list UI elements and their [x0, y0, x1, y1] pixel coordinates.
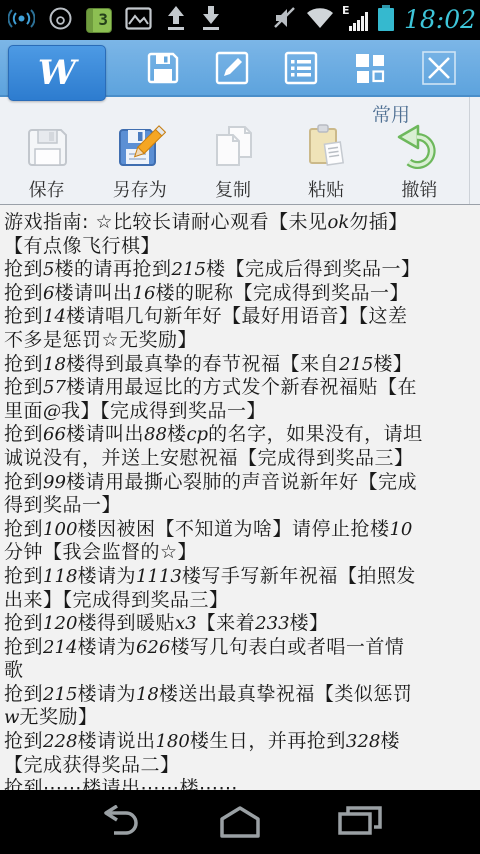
doc-line: 抢到18楼得到最真挚的春节祝福【来自215楼】: [4, 353, 478, 377]
save-button-label: 保存: [2, 176, 92, 202]
list-icon[interactable]: [281, 48, 321, 88]
saveas-floppy-pencil-icon: [95, 121, 185, 173]
upload-icon: [165, 5, 187, 35]
ribbon-divider: [469, 97, 470, 204]
ribbon-panel: 常用 保存: [0, 97, 480, 205]
doc-line: 抢到99楼请用最撕心裂肺的声音说新年好【完成: [4, 471, 478, 495]
grid-icon[interactable]: [350, 48, 390, 88]
doc-line: w无奖励】: [4, 706, 478, 730]
doc-line: 抢到5楼的请再抢到215楼【完成后得到奖品一】: [4, 258, 478, 282]
doc-line: 歌: [4, 659, 478, 683]
copy-button[interactable]: 复制: [188, 121, 278, 202]
doc-line: 不多是惩罚☆无奖励】: [4, 329, 478, 353]
doc-line: 分钟【我会监督的☆】: [4, 541, 478, 565]
mute-icon: [272, 5, 298, 35]
doc-line: 抢到14楼请唱几句新年好【最好用语音】【这差: [4, 305, 478, 329]
android-nav-bar: [0, 790, 480, 854]
download-icon: [200, 5, 222, 35]
doc-line: 抢到228楼请说出180楼生日，并再抢到328楼: [4, 730, 478, 754]
doc-line: 游戏指南: ☆比较长请耐心观看【未见ok勿插】: [4, 211, 478, 235]
doc-line: 诚说没有，并送上安慰祝福【完成得到奖品三】: [4, 447, 478, 471]
signal-E-icon: E: [342, 4, 370, 36]
doc-line: 抢到215楼请为18楼送出最真挚祝福【类似惩罚: [4, 683, 478, 707]
recents-icon[interactable]: [334, 805, 386, 839]
undo-button-label: 撤销: [374, 176, 464, 202]
save-icon[interactable]: [143, 48, 183, 88]
writer-app-button[interactable]: W: [8, 45, 106, 101]
status-clock: 18:02: [404, 0, 476, 40]
battery-icon: [377, 4, 395, 36]
doc-line: 抢到66楼请叫出88楼cp的名字，如果没有，请坦: [4, 423, 478, 447]
widget-badge-3: 3: [86, 8, 112, 33]
save-button[interactable]: 保存: [2, 121, 92, 202]
doc-line: 抢到57楼请用最逗比的方式发个新春祝福贴【在: [4, 376, 478, 400]
save-floppy-icon: [2, 121, 92, 173]
copy-pages-icon: [188, 121, 278, 173]
back-icon[interactable]: [94, 805, 146, 839]
doc-line-clipped: 抢到⋯⋯楼请出⋯⋯楼⋯⋯: [4, 777, 478, 790]
document-canvas[interactable]: 游戏指南: ☆比较长请耐心观看【未见ok勿插】【有点像飞行棋】抢到5楼的请再抢到…: [0, 205, 480, 790]
gallery-icon: [125, 7, 152, 34]
svg-text:E: E: [342, 4, 350, 17]
doc-line: 【有点像飞行棋】: [4, 235, 478, 259]
wifi-icon: [305, 6, 335, 34]
edit-icon[interactable]: [212, 48, 252, 88]
hotspot-icon: [8, 5, 35, 35]
doc-line: 得到奖品一】: [4, 494, 478, 518]
doc-line: 抢到120楼得到暖贴x3【来着233楼】: [4, 612, 478, 636]
doc-line: 出来】【完成得到奖品三】: [4, 589, 478, 613]
close-icon[interactable]: [419, 48, 459, 88]
main-toolbar: W: [0, 40, 480, 97]
doc-line: 抢到118楼请为1113楼写手写新年祝福【拍照发: [4, 565, 478, 589]
doc-line: 抢到100楼因被困【不知道为啥】请停止抢楼10: [4, 518, 478, 542]
badge-count: 3: [98, 12, 108, 28]
undo-arrow-icon: [374, 121, 464, 173]
save-as-button[interactable]: 另存为: [95, 121, 185, 202]
home-icon[interactable]: [214, 805, 266, 839]
paste-button[interactable]: 粘贴: [281, 121, 371, 202]
paste-clipboard-icon: [281, 121, 371, 173]
doc-line: 抢到214楼请为626楼写几句表白或者唱一首情: [4, 636, 478, 660]
paste-button-label: 粘贴: [281, 176, 371, 202]
smart-stay-icon: [48, 6, 73, 35]
undo-button[interactable]: 撤销: [374, 121, 464, 202]
save-as-button-label: 另存为: [95, 176, 185, 202]
doc-line: 【完成获得奖品二】: [4, 754, 478, 778]
doc-line: 抢到6楼请叫出16楼的昵称【完成得到奖品一】: [4, 282, 478, 306]
status-bar: 3: [0, 0, 480, 40]
doc-line: 里面@我】【完成得到奖品一】: [4, 400, 478, 424]
copy-button-label: 复制: [188, 176, 278, 202]
writer-app-label: W: [38, 56, 76, 90]
